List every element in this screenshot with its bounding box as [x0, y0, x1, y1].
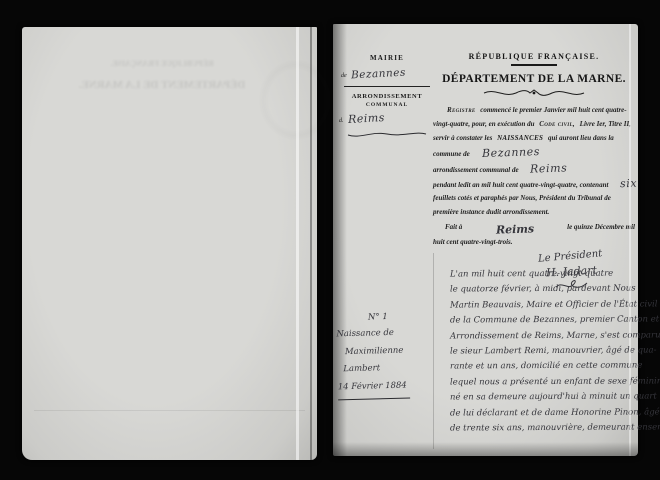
register-scan: RÉPUBLIQUE FRANÇAISE. DÉPARTEMENT DE LA …	[0, 0, 660, 480]
fait-date-line1: le quinze Décembre mil	[567, 223, 635, 238]
act-line: Martin Beauvais, Maire et Officier de l'…	[450, 297, 642, 313]
bleedthrough-ghost: RÉPUBLIQUE FRANÇAISE.	[62, 59, 262, 68]
page-crease	[310, 27, 312, 460]
act-line: Arrondissement de Reims, Marne, s'est co…	[450, 328, 642, 344]
act-line: rante et un ans, domicilié en cette comm…	[450, 359, 642, 375]
code-civil-word: Code civil,	[539, 120, 575, 128]
de-label: d.	[339, 118, 344, 124]
mairie-label: MAIRIE	[339, 54, 435, 62]
communal-label: COMMUNAL	[339, 102, 435, 108]
fait-place-handwritten: Reims	[495, 222, 534, 238]
registre-line: Livre Ier, Titre II,	[580, 120, 631, 128]
bleedthrough-ghost: DÉPARTEMENT DE LA MARNE.	[52, 79, 272, 91]
act-line: L'an mil huit cent quatre-vingt-quatre	[450, 266, 642, 282]
registre-line: feuillets cotés et paraphés par Nous, Pr…	[433, 194, 611, 202]
commune-value-handwritten: Bezannes	[481, 144, 540, 162]
left-blank-page: RÉPUBLIQUE FRANÇAISE. DÉPARTEMENT DE LA …	[22, 27, 317, 460]
scan-streak	[296, 27, 299, 460]
title-rule	[511, 64, 557, 66]
arrondissement-value-handwritten: Reims	[530, 160, 568, 177]
registre-paragraph: Registre commencé le premier Janvier mil…	[433, 103, 635, 218]
ornament-divider	[482, 88, 586, 98]
registre-line: vingt-quatre, pour, en exécution du	[433, 120, 535, 128]
arrondissement-communal-label: arrondissement communal de	[433, 166, 519, 174]
de-label: de	[341, 73, 347, 79]
flourish-underline	[346, 130, 428, 139]
birth-act-text: L'an mil huit cent quatre-vingt-quatre l…	[450, 267, 642, 436]
printed-header: RÉPUBLIQUE FRANÇAISE. DÉPARTEMENT DE LA …	[433, 52, 635, 299]
registre-line: pendant ledit an mil huit cent quatre-vi…	[433, 181, 608, 189]
departement-title: DÉPARTEMENT DE LA MARNE.	[433, 73, 635, 85]
fait-a-label: Fait à	[433, 223, 462, 238]
scan-streak	[629, 24, 631, 456]
registre-line: servir à constater les	[433, 134, 492, 142]
act-line: le quatorze février, à midi, pardevant N…	[450, 282, 642, 298]
act-line: de la Commune de Bezannes, premier Canto…	[450, 313, 642, 329]
commune-name-handwritten: Bezannes	[350, 67, 405, 82]
naissances-word: NAISSANCES	[497, 134, 543, 142]
register-title-page: MAIRIE de Bezannes ARRONDISSEMENT COMMUN…	[333, 24, 638, 456]
registre-line: qui auront lieu dans la	[548, 134, 614, 142]
margin-note-rule	[338, 397, 410, 400]
arrondissement-label: ARRONDISSEMENT	[339, 93, 435, 100]
registre-line: commencé le premier Janvier mil huit cen…	[480, 106, 626, 114]
republique-title: RÉPUBLIQUE FRANÇAISE.	[433, 52, 635, 61]
rule	[344, 86, 430, 87]
act-line: né en sa demeure aujourd'hui à minuit un…	[450, 390, 642, 406]
registre-line: première instance dudit arrondissement.	[433, 208, 549, 216]
mairie-block: MAIRIE de Bezannes ARRONDISSEMENT COMMUN…	[339, 54, 435, 139]
fait-row: Fait à Reims le quinze Décembre mil	[433, 223, 635, 238]
act-line: de trente six ans, manouvrière, demeuran…	[450, 420, 642, 436]
act-line: lequel nous a présenté un enfant de sexe…	[450, 374, 642, 390]
act-line: le sieur Lambert Remi, manouvrier, âgé d…	[450, 343, 642, 359]
act-line: de lui déclarant et de dame Honorine Pin…	[450, 405, 642, 421]
act-margin-note: N° 1 Naissance de Maximilienne Lambert 1…	[336, 311, 442, 401]
chef-lieu-handwritten: Reims	[347, 111, 385, 126]
signature-title-handwritten: Le Président	[538, 248, 603, 265]
fait-date-line2: huit cent quatre-vingt-trois.	[433, 238, 635, 251]
commune-label: commune de	[433, 150, 470, 158]
act-date: 14 Février 1884	[338, 376, 442, 396]
fold-line	[34, 410, 305, 411]
act-number: N° 1	[368, 311, 440, 323]
registre-word: Registre	[447, 106, 475, 114]
